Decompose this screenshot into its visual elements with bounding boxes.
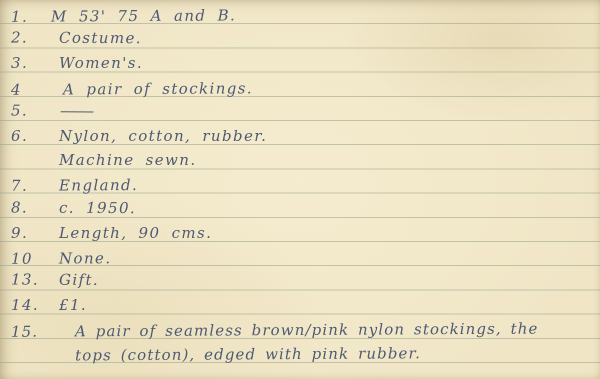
- catalogue-entry: 3. Women's.: [0, 51, 600, 75]
- entry-text: —: [59, 99, 76, 123]
- entry-text-line: Length, 90 cms.: [59, 221, 212, 245]
- catalogue-entry: 6. Nylon, cotton, rubber. Machine sewn.: [0, 124, 600, 172]
- entry-number: 14.: [0, 293, 41, 317]
- catalogue-entry: 8. c. 1950.: [0, 195, 600, 222]
- catalogue-entry-list: 1. M 53' 75 A and B. 2. Costume. 3. Wome…: [0, 3, 600, 366]
- entry-text-line: £1.: [59, 293, 87, 317]
- entry-text: England.: [59, 173, 138, 198]
- entry-text-line: Costume.: [59, 26, 142, 51]
- entry-text: c. 1950.: [59, 195, 136, 220]
- entry-text-line: —: [59, 99, 99, 123]
- catalogue-entry: 13. Gift.: [0, 268, 600, 295]
- catalogue-entry: 1. M 53' 75 A and B.: [0, 1, 600, 29]
- catalogue-entry: 15. A pair of seamless brown/pink nylon …: [0, 316, 600, 368]
- catalogue-entry: 9. Length, 90 cms.: [0, 221, 600, 245]
- entry-number: 15.: [0, 319, 41, 343]
- entry-text: Women's.: [59, 51, 143, 75]
- entry-text-line: England.: [59, 173, 138, 198]
- entry-text-line: Machine sewn.: [59, 148, 267, 172]
- catalogue-entry: 10 None.: [0, 243, 600, 271]
- entry-text-line: A pair of stockings.: [63, 76, 253, 101]
- entry-text: Nylon, cotton, rubber. Machine sewn.: [59, 124, 267, 172]
- entry-number: 5.: [0, 98, 41, 122]
- entry-text: A pair of stockings.: [63, 76, 253, 101]
- entry-number: 6.: [0, 124, 41, 148]
- entry-text-line: c. 1950.: [59, 195, 136, 220]
- entry-text-line: Nylon, cotton, rubber.: [59, 124, 267, 148]
- entry-text: Length, 90 cms.: [59, 221, 212, 245]
- note-paper: 1. M 53' 75 A and B. 2. Costume. 3. Wome…: [0, 0, 600, 379]
- entry-number: 2.: [0, 26, 41, 50]
- entry-text-line: Gift.: [59, 268, 99, 292]
- catalogue-entry: 7. England.: [0, 171, 600, 199]
- entry-text: Costume.: [59, 26, 142, 51]
- catalogue-entry: 5. —: [0, 98, 600, 125]
- entry-number: 8.: [0, 195, 41, 219]
- entry-number: 3.: [0, 51, 41, 75]
- catalogue-entry: 2. Costume.: [0, 26, 600, 53]
- catalogue-entry: 14. £1.: [0, 293, 600, 317]
- entry-text-line: A pair of seamless brown/pink nylon stoc…: [75, 316, 539, 343]
- entry-text-line: tops (cotton), edged with pink rubber.: [75, 340, 539, 367]
- entry-text: £1.: [59, 293, 87, 317]
- catalogue-entry: 4 A pair of stockings.: [0, 74, 600, 102]
- entry-number: 13.: [0, 268, 41, 292]
- entry-text: Gift.: [59, 268, 99, 292]
- entry-text-line: Women's.: [59, 51, 143, 75]
- entry-number: 9.: [0, 221, 41, 245]
- entry-text: A pair of seamless brown/pink nylon stoc…: [75, 316, 539, 367]
